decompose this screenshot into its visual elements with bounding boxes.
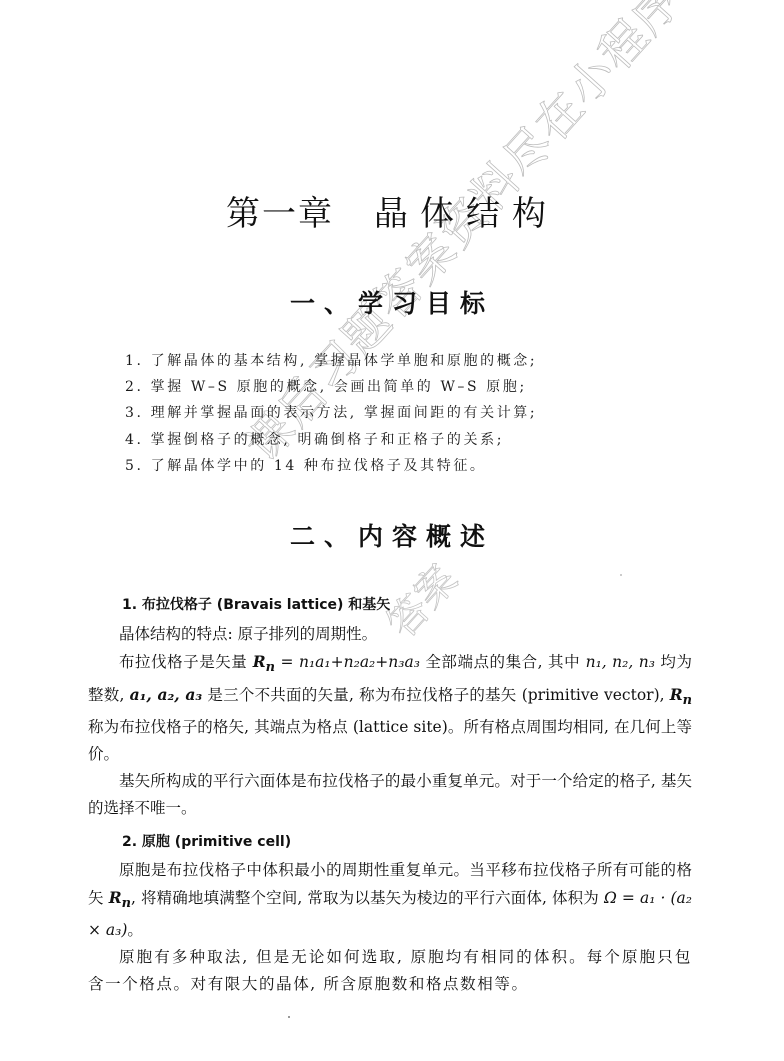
document-page: 课后习题答案资料尽在小程序 答案 第一章晶体结构 一、学习目标 1. 了解晶体的… bbox=[0, 0, 784, 1061]
math-Rn: Rn bbox=[670, 685, 692, 704]
list-item: 4. 掌握倒格子的概念, 明确倒格子和正格子的关系; bbox=[125, 427, 537, 453]
list-item: 1. 了解晶体的基本结构, 掌握晶体学单胞和原胞的概念; bbox=[125, 348, 537, 374]
text-run: 全部端点的集合, 其中 bbox=[425, 653, 585, 671]
paragraph: 晶体结构的特点: 原子排列的周期性。 bbox=[88, 621, 692, 648]
text-run: 。 bbox=[127, 921, 143, 939]
list-item: 5. 了解晶体学中的 14 种布拉伐格子及其特征。 bbox=[125, 453, 537, 479]
math-lattice-vector-equation: = n₁a₁+n₂a₂+n₃a₃ bbox=[275, 653, 425, 671]
text-run: , 将精确地填满整个空间, 常取为以基矢为棱边的平行六面体, 体积为 bbox=[131, 889, 604, 907]
bravais-lattice-body: 晶体结构的特点: 原子排列的周期性。 布拉伐格子是矢量 Rn = n₁a₁+n₂… bbox=[88, 621, 692, 822]
text-run: 是三个不共面的矢量, 称为布拉伐格子的基矢 (primitive vector)… bbox=[202, 686, 670, 704]
learning-goals-list: 1. 了解晶体的基本结构, 掌握晶体学单胞和原胞的概念; 2. 掌握 W–S 原… bbox=[125, 348, 537, 479]
section-heading-content-overview: 二、内容概述 bbox=[0, 517, 784, 553]
subsection-title-primitive-cell: 2. 原胞 (primitive cell) bbox=[122, 831, 291, 851]
subsection-title-bravais-lattice: 1. 布拉伐格子 (Bravais lattice) 和基矢 bbox=[122, 594, 390, 614]
math-integers: n₁, n₂, n₃ bbox=[586, 653, 655, 671]
primitive-cell-body: 原胞是布拉伐格子中体积最小的周期性重复单元。当平移布拉伐格子所有可能的格矢 Rn… bbox=[88, 857, 692, 998]
scan-speck bbox=[620, 574, 622, 576]
math-Rn: Rn bbox=[253, 652, 275, 671]
list-item: 3. 理解并掌握晶面的表示方法, 掌握面间距的有关计算; bbox=[125, 400, 537, 426]
text-run: 称为布拉伐格子的格矢, 其端点为格点 (lattice site)。所有格点周围… bbox=[88, 718, 692, 763]
paragraph: 布拉伐格子是矢量 Rn = n₁a₁+n₂a₂+n₃a₃ 全部端点的集合, 其中… bbox=[88, 648, 692, 768]
paragraph: 原胞是布拉伐格子中体积最小的周期性重复单元。当平移布拉伐格子所有可能的格矢 Rn… bbox=[88, 857, 692, 944]
chapter-name: 晶体结构 bbox=[374, 194, 558, 234]
math-Rn: Rn bbox=[109, 888, 131, 907]
chapter-number: 第一章 bbox=[226, 194, 334, 234]
text-run: 布拉伐格子是矢量 bbox=[119, 653, 253, 671]
math-basis-vectors: a₁, a₂, a₃ bbox=[130, 685, 203, 704]
chapter-title: 第一章晶体结构 bbox=[0, 186, 784, 235]
scan-speck bbox=[288, 1016, 290, 1018]
paragraph: 原胞有多种取法, 但是无论如何选取, 原胞均有相同的体积。每个原胞只包含一个格点… bbox=[88, 944, 692, 998]
section-heading-learning-goals: 一、学习目标 bbox=[0, 284, 784, 320]
paragraph: 基矢所构成的平行六面体是布拉伐格子的最小重复单元。对于一个给定的格子, 基矢的选… bbox=[88, 768, 692, 822]
list-item: 2. 掌握 W–S 原胞的概念, 会画出简单的 W–S 原胞; bbox=[125, 374, 537, 400]
